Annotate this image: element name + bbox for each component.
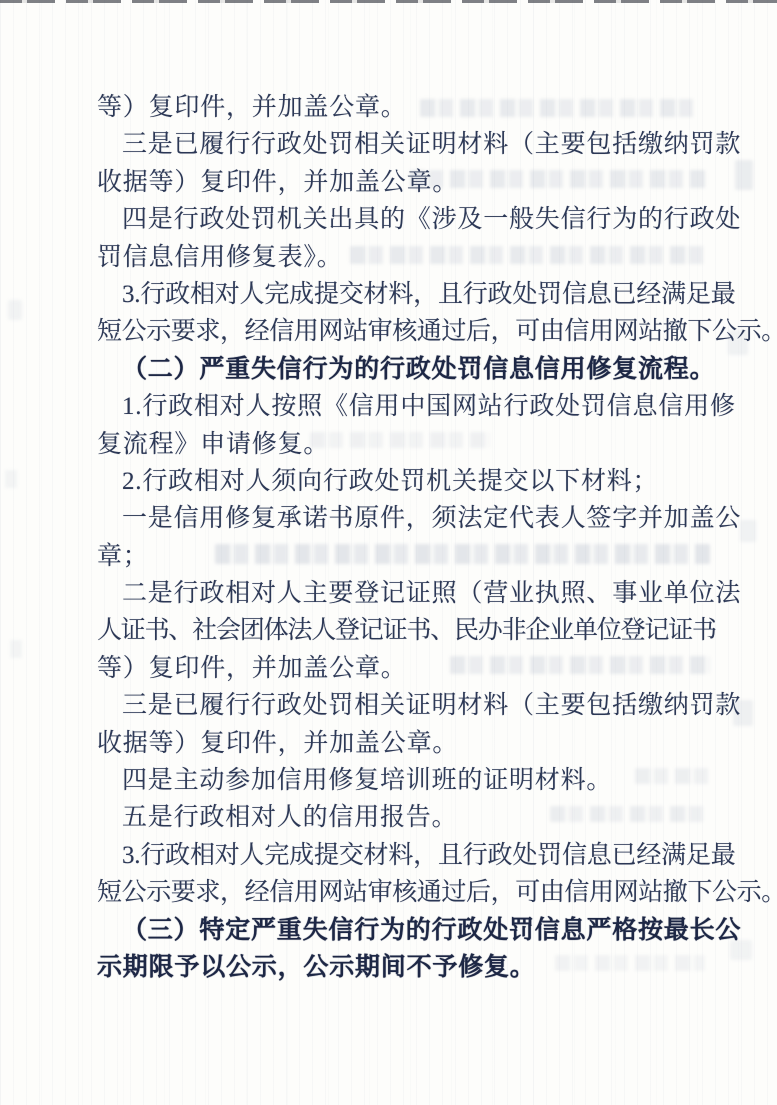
text-line: 五是行政相对人的信用报告。 (97, 799, 727, 836)
body-text: 等）复印件，并加盖公章。 三是已履行行政处罚相关证明材料（主要包括缴纳罚款 收据… (97, 89, 727, 986)
text-line: 三是已履行行政处罚相关证明材料（主要包括缴纳罚款 (97, 126, 727, 163)
text-line: 等）复印件，并加盖公章。 (97, 650, 727, 687)
text-line: 短公示要求，经信用网站审核通过后，可由信用网站撤下公示。 (97, 874, 727, 911)
text-line: 人证书、社会团体法人登记证书、民办非企业单位登记证书 (97, 612, 727, 649)
bleedthrough-smudge (8, 300, 22, 320)
text-line: 短公示要求，经信用网站审核通过后，可由信用网站撤下公示。 (97, 313, 727, 350)
text-line: 罚信息信用修复表》。 (97, 239, 727, 276)
text-line: 二是行政相对人主要登记证照（营业执照、事业单位法 (97, 575, 727, 612)
text-line: 3.行政相对人完成提交材料，且行政处罚信息已经满足最 (97, 276, 727, 313)
text-line: 章； (97, 538, 727, 575)
bleedthrough-smudge (5, 470, 17, 488)
text-line: 四是主动参加信用修复培训班的证明材料。 (97, 762, 727, 799)
section-heading-3: （三）特定严重失信行为的行政处罚信息严格按最长公 (97, 912, 727, 949)
text-line: 3.行政相对人完成提交材料，且行政处罚信息已经满足最 (97, 837, 727, 874)
bleedthrough-smudge (735, 160, 753, 190)
bleedthrough-smudge (10, 640, 22, 658)
text-line: 收据等）复印件，并加盖公章。 (97, 164, 727, 201)
bleedthrough-smudge (740, 520, 756, 542)
text-line: 一是信用修复承诺书原件，须法定代表人签字并加盖公 (97, 500, 727, 537)
scan-top-edge-artifact (0, 0, 777, 3)
text-line: 2.行政相对人须向行政处罚机关提交以下材料； (97, 463, 727, 500)
text-line: 等）复印件，并加盖公章。 (97, 89, 727, 126)
text-line: 三是已履行行政处罚相关证明材料（主要包括缴纳罚款 (97, 687, 727, 724)
section-heading-2: （二）严重失信行为的行政处罚信息信用修复流程。 (97, 351, 727, 388)
text-line: 复流程》申请修复。 (97, 426, 727, 463)
text-line: 四是行政处罚机关出具的《涉及一般失信行为的行政处 (97, 201, 727, 238)
section-heading-3-continuation: 示期限予以公示，公示期间不予修复。 (97, 949, 727, 986)
text-line: 1.行政相对人按照《信用中国网站行政处罚信息信用修 (97, 388, 727, 425)
text-line: 收据等）复印件，并加盖公章。 (97, 725, 727, 762)
document-page: 等）复印件，并加盖公章。 三是已履行行政处罚相关证明材料（主要包括缴纳罚款 收据… (0, 0, 777, 1105)
